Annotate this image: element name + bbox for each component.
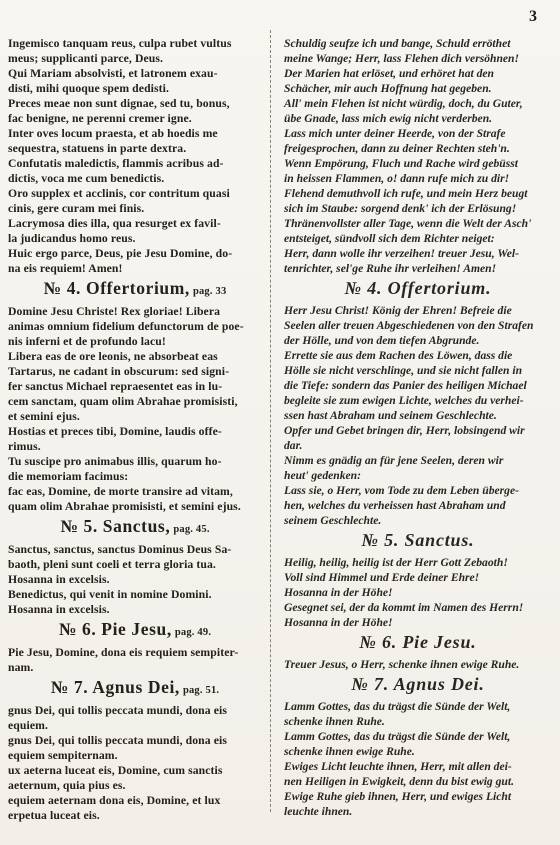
section-heading: № 7. Agnus Dei. [284,675,552,696]
text-line: Heilig, heilig, heilig ist der Herr Gott… [284,555,552,570]
text-line: Qui Mariam absolvisti, et latronem exau- [8,66,262,81]
paragraph: Inter oves locum praesta, et ab hoedis m… [8,126,262,156]
section-heading: № 4. Offertorium. [284,279,552,300]
paragraph: Ewige Ruhe gieb ihnen, Herr, und ewiges … [284,789,552,819]
paragraph: Confutatis maledictis, flammis acribus a… [8,156,262,186]
text-line: in heissen Flammen, o! dann rufe mich zu… [284,171,552,186]
column-divider-rule [270,30,271,812]
heading-label: № 7. Agnus Dei, [51,677,180,697]
text-line: schenke ihnen Ruhe. [284,714,552,729]
paragraph: Lamm Gottes, das du trägst die Sünde der… [284,699,552,729]
paragraph: fac eas, Domine, de morte transire ad vi… [8,484,262,514]
text-line: na eis requiem! Amen! [8,261,262,276]
text-line: Sanctus, sanctus, sanctus Dominus Deus S… [8,542,262,557]
text-line: dar. [284,438,552,453]
text-line: Voll sind Himmel und Erde deiner Ehre! [284,570,552,585]
text-line: Libera eas de ore leonis, ne absorbeat e… [8,349,262,364]
paragraph: Errette sie aus dem Rachen des Löwen, da… [284,348,552,423]
text-line: animas omnium fidelium defunctorum de po… [8,319,262,334]
text-line: Huic ergo parce, Deus, pie Jesu Domine, … [8,246,262,261]
text-line: All' mein Flehen ist nicht würdig, doch,… [284,96,552,111]
text-line: nen Heiligen in Ewigkeit, denn du bist e… [284,774,552,789]
text-line: equiem aeternam dona eis, Domine, et lux [8,793,262,808]
section-heading: № 6. Pie Jesu. [284,633,552,654]
text-line: die Tiefe: sondern das Panier des heilig… [284,378,552,393]
latin-column: Ingemisco tanquam reus, culpa rubet vult… [8,36,262,823]
text-line: Schächer, mir auch Hoffnung hat gegeben. [284,81,552,96]
text-line: disti, mihi quoque spem dedisti. [8,81,262,96]
heading-label: № 5. Sanctus, [60,516,170,536]
text-line: dictis, voca me cum benedictis. [8,171,262,186]
text-line: Lass mich unter deiner Heerde, von der S… [284,126,552,141]
text-line: schenke ihnen ewige Ruhe. [284,744,552,759]
text-line: Schuldig seufze ich und bange, Schuld er… [284,36,552,51]
heading-page-ref: pag. 45. [173,524,209,535]
heading-label: № 6. Pie Jesu, [59,619,172,639]
text-line: Domine Jesu Christe! Rex gloriae! Libera [8,304,262,319]
text-line: nam. [8,660,262,675]
text-line: leuchte ihnen. [284,804,552,819]
text-line: seinem Geschlechte. [284,513,552,528]
text-line: begleite sie zum ewigen Lichte, welches … [284,393,552,408]
paragraph: All' mein Flehen ist nicht würdig, doch,… [284,96,552,126]
text-line: Lass sie, o Herr, vom Tode zu dem Leben … [284,483,552,498]
text-line: rimus. [8,439,262,454]
text-line: Der Marien hat erlöset, und erhöret hat … [284,66,552,81]
text-line: sequestra, statuens in parte dextra. [8,141,262,156]
text-line: Confutatis maledictis, flammis acribus a… [8,156,262,171]
paragraph: Ewiges Licht leuchte ihnen, Herr, mit al… [284,759,552,789]
text-line: Gesegnet sei, der da kommt im Namen des … [284,600,552,615]
heading-page-ref: pag. 33 [193,286,227,297]
section-heading: № 5. Sanctus, pag. 45. [8,517,262,539]
paragraph: Lass sie, o Herr, vom Tode zu dem Leben … [284,483,552,528]
text-line: Hosanna in der Höhe! [284,585,552,600]
text-line: Hosanna in excelsis. [8,572,262,587]
paragraph: Sanctus, sanctus, sanctus Dominus Deus S… [8,542,262,617]
text-line: Errette sie aus dem Rachen des Löwen, da… [284,348,552,363]
text-line: Nimm es gnädig an für jene Seelen, deren… [284,453,552,468]
text-line: Hosanna in der Höhe! [284,615,552,630]
text-line: Preces meae non sunt dignae, sed tu, bon… [8,96,262,111]
text-line: ssen hast Abraham und seinem Geschlechte… [284,408,552,423]
paragraph: Huic ergo parce, Deus, pie Jesu Domine, … [8,246,262,276]
text-line: Oro supplex et acclinis, cor contritum q… [8,186,262,201]
text-line: entsteiget, sündvoll sich dem Richter ne… [284,231,552,246]
text-line: Herr Jesu Christ! König der Ehren! Befre… [284,303,552,318]
text-line: Seelen aller treuen Abgeschiedenen von d… [284,318,552,333]
paragraph: Wenn Empörung, Fluch und Rache wird gebü… [284,156,552,186]
paragraph: Nimm es gnädig an für jene Seelen, deren… [284,453,552,483]
paragraph: Opfer und Gebet bringen dir, Herr, lobsi… [284,423,552,453]
heading-page-ref: pag. 49. [175,627,211,638]
text-line: Lacrymosa dies illa, qua resurget ex fav… [8,216,262,231]
paragraph: Ingemisco tanquam reus, culpa rubet vult… [8,36,262,66]
text-line: Tartarus, ne cadant in obscurum: sed sig… [8,364,262,379]
scanned-page: 3 Ingemisco tanquam reus, culpa rubet vu… [0,0,560,845]
text-line: Ingemisco tanquam reus, culpa rubet vult… [8,36,262,51]
paragraph: Treuer Jesus, o Herr, schenke ihnen ewig… [284,657,552,672]
text-line: quam olim Abrahae promisisti, et semini … [8,499,262,514]
text-line: Inter oves locum praesta, et ab hoedis m… [8,126,262,141]
text-line: nis inferni et de profundo lacu! [8,334,262,349]
paragraph: Lass mich unter deiner Heerde, von der S… [284,126,552,156]
text-line: Hosanna in excelsis. [8,602,262,617]
paragraph: Thränenvollster aller Tage, wenn die Wel… [284,216,552,246]
text-line: Wenn Empörung, Fluch und Rache wird gebü… [284,156,552,171]
paragraph: Schuldig seufze ich und bange, Schuld er… [284,36,552,66]
text-line: Ewige Ruhe gieb ihnen, Herr, und ewiges … [284,789,552,804]
paragraph: Domine Jesu Christe! Rex gloriae! Libera… [8,304,262,349]
text-line: Treuer Jesus, o Herr, schenke ihnen ewig… [284,657,552,672]
text-line: Herr, dann wolle ihr verzeihen! treuer J… [284,246,552,261]
heading-label: № 6. Pie Jesu. [359,632,476,652]
text-line: Hölle sie nicht verschlinge, und sie nic… [284,363,552,378]
section-heading: № 6. Pie Jesu, pag. 49. [8,620,262,642]
text-line: die memoriam facimus: [8,469,262,484]
text-line: Ewiges Licht leuchte ihnen, Herr, mit al… [284,759,552,774]
text-line: Opfer und Gebet bringen dir, Herr, lobsi… [284,423,552,438]
text-line: der Hölle, und von dem tiefen Abgrunde. [284,333,552,348]
paragraph: Herr, dann wolle ihr verzeihen! treuer J… [284,246,552,276]
text-line: fac eas, Domine, de morte transire ad vi… [8,484,262,499]
text-line: baoth, pleni sunt coeli et terra gloria … [8,557,262,572]
text-line: gnus Dei, qui tollis peccata mundi, dona… [8,733,262,748]
section-heading: № 4. Offertorium, pag. 33 [8,279,262,301]
text-line: ux aeterna luceat eis, Domine, cum sanct… [8,763,262,778]
text-line: Pie Jesu, Domine, dona eis requiem sempi… [8,645,262,660]
text-line: Hostias et preces tibi, Domine, laudis o… [8,424,262,439]
text-line: sich im Staube: sorgend denk' ich der Er… [284,201,552,216]
paragraph: Flehend demuthvoll ich rufe, und mein He… [284,186,552,216]
paragraph: gnus Dei, qui tollis peccata mundi, dona… [8,733,262,763]
text-line: et semini ejus. [8,409,262,424]
text-line: Flehend demuthvoll ich rufe, und mein He… [284,186,552,201]
paragraph: Heilig, heilig, heilig ist der Herr Gott… [284,555,552,630]
text-line: freigesprochen, dann zu deiner Rechten s… [284,141,552,156]
heading-label: № 5. Sanctus. [362,530,475,550]
text-line: cem sanctam, quam olim Abrahae promisist… [8,394,262,409]
text-line: tenrichter, sel'ge Ruhe ihr verleihen! A… [284,261,552,276]
paragraph: Hostias et preces tibi, Domine, laudis o… [8,424,262,454]
paragraph: Qui Mariam absolvisti, et latronem exau-… [8,66,262,96]
text-line: heut' gedenken: [284,468,552,483]
text-line: Benedictus, qui venit in nomine Domini. [8,587,262,602]
heading-page-ref: pag. 51. [183,685,219,696]
paragraph: Lacrymosa dies illa, qua resurget ex fav… [8,216,262,246]
text-line: Lamm Gottes, das du trägst die Sünde der… [284,699,552,714]
text-line: hen, welches du verheissen hast Abraham … [284,498,552,513]
text-line: equiem sempiternam. [8,748,262,763]
section-heading: № 7. Agnus Dei, pag. 51. [8,678,262,700]
paragraph: ux aeterna luceat eis, Domine, cum sanct… [8,763,262,793]
paragraph: Tu suscipe pro animabus illis, quarum ho… [8,454,262,484]
text-line: meus; supplicanti parce, Deus. [8,51,262,66]
paragraph: equiem aeternam dona eis, Domine, et lux… [8,793,262,823]
paragraph: gnus Dei, qui tollis peccata mundi, dona… [8,703,262,733]
heading-label: № 4. Offertorium. [345,278,492,298]
text-line: aeternum, quia pius es. [8,778,262,793]
text-line: la judicandus homo reus. [8,231,262,246]
german-column: Schuldig seufze ich und bange, Schuld er… [284,36,552,819]
page-number: 3 [529,8,537,26]
paragraph: Der Marien hat erlöset, und erhöret hat … [284,66,552,96]
text-line: Lamm Gottes, das du trägst die Sünde der… [284,729,552,744]
text-line: erpetua luceat eis. [8,808,262,823]
heading-label: № 4. Offertorium, [44,278,190,298]
text-line: fer sanctus Michael repraesentet eas in … [8,379,262,394]
text-line: fac benigne, ne perenni cremer igne. [8,111,262,126]
text-line: übe Gnade, lass mich ewig nicht verderbe… [284,111,552,126]
paragraph: Oro supplex et acclinis, cor contritum q… [8,186,262,216]
text-line: meine Wange; Herr, lass Flehen dich vers… [284,51,552,66]
paragraph: Libera eas de ore leonis, ne absorbeat e… [8,349,262,424]
paragraph: Herr Jesu Christ! König der Ehren! Befre… [284,303,552,348]
text-line: equiem. [8,718,262,733]
section-heading: № 5. Sanctus. [284,531,552,552]
text-line: cinis, gere curam mei finis. [8,201,262,216]
paragraph: Preces meae non sunt dignae, sed tu, bon… [8,96,262,126]
text-line: Tu suscipe pro animabus illis, quarum ho… [8,454,262,469]
text-line: Thränenvollster aller Tage, wenn die Wel… [284,216,552,231]
paragraph: Lamm Gottes, das du trägst die Sünde der… [284,729,552,759]
text-line: gnus Dei, qui tollis peccata mundi, dona… [8,703,262,718]
paragraph: Pie Jesu, Domine, dona eis requiem sempi… [8,645,262,675]
heading-label: № 7. Agnus Dei. [351,674,484,694]
